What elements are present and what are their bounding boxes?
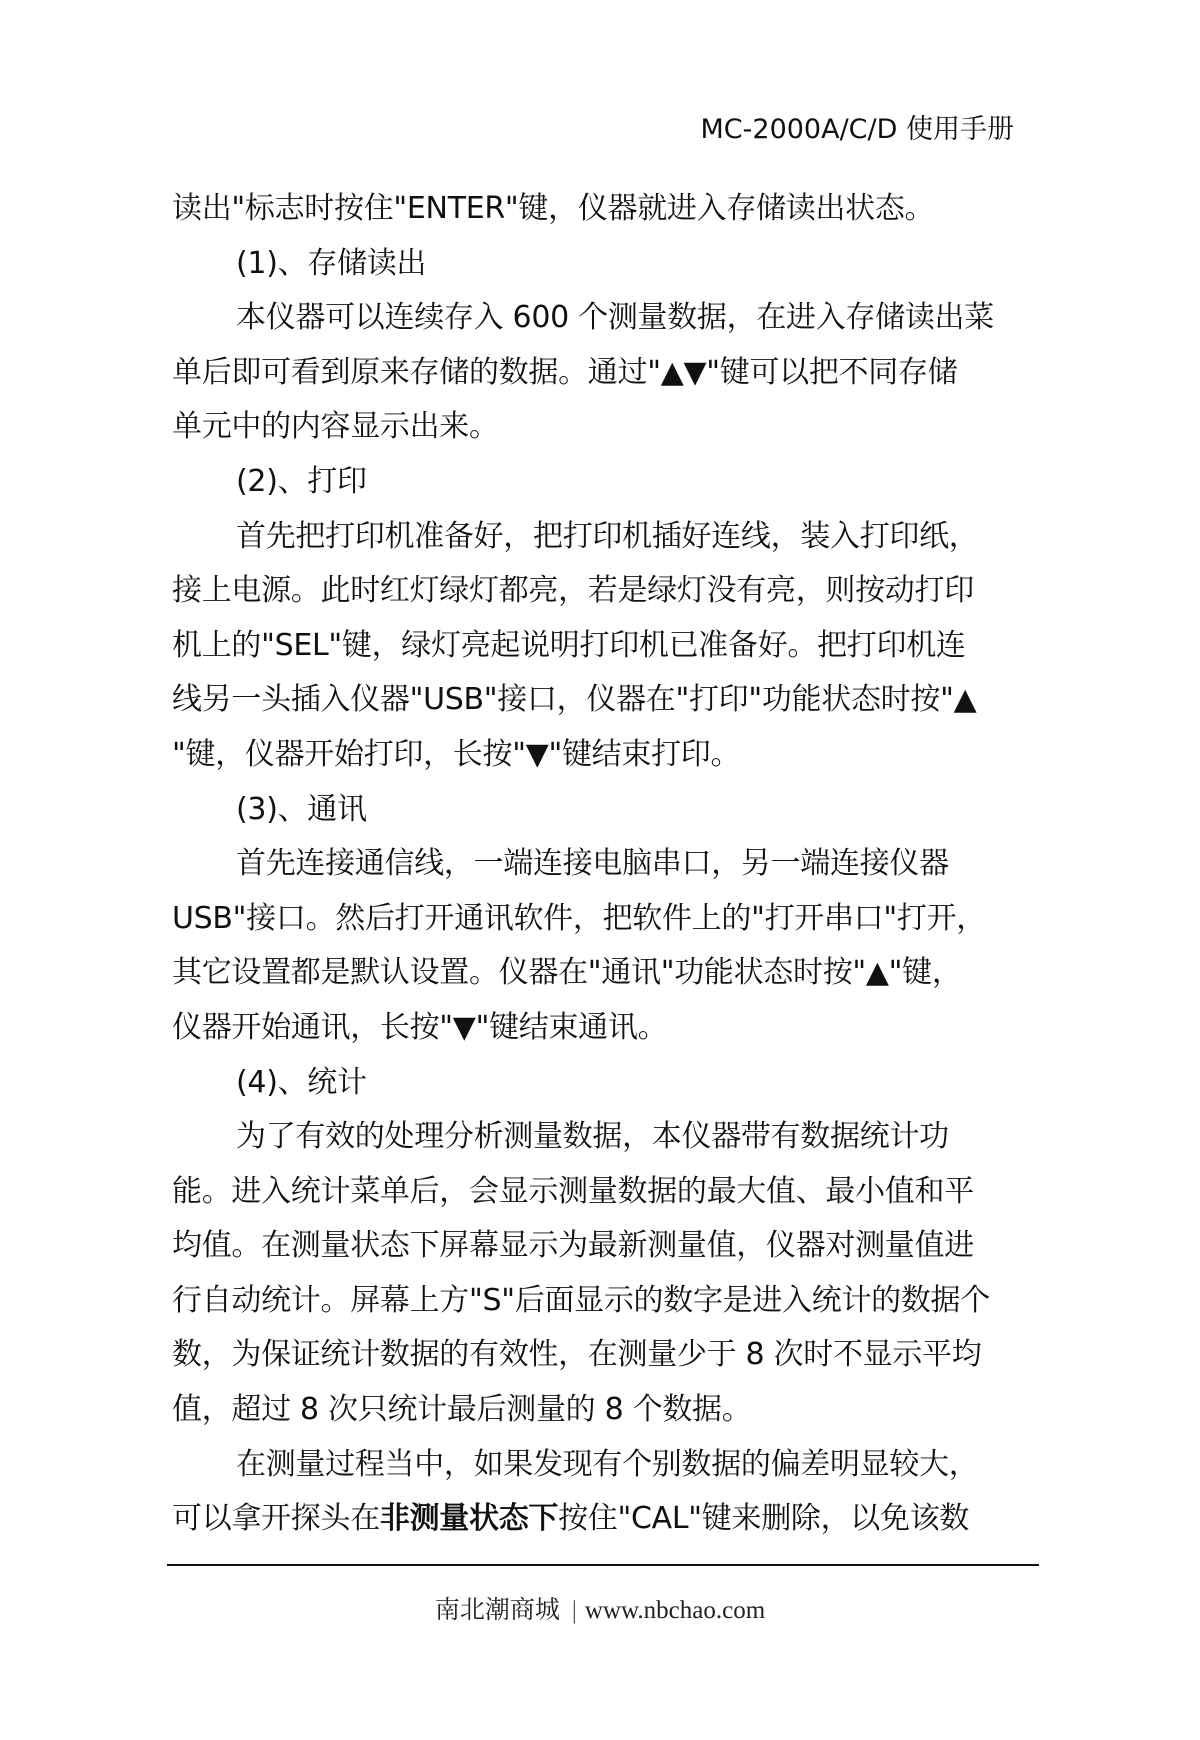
text-line: 行自动统计。屏幕上方"S"后面显示的数字是进入统计的数据个 [172,1274,1032,1329]
text-line: 均值。在测量状态下屏幕显示为最新测量值，仪器对测量值进 [172,1219,1032,1274]
text-line: 线另一头插入仪器"USB"接口，仪器在"打印"功能状态时按"▲ [172,673,1032,728]
text-line: 在测量过程当中，如果发现有个别数据的偏差明显较大， [172,1438,1032,1493]
text-line: 能。进入统计菜单后，会显示测量数据的最大值、最小值和平 [172,1165,1032,1220]
bold-emphasis: 非测量状态下 [380,1501,558,1536]
text-line: 单后即可看到原来存储的数据。通过"▲▼"键可以把不同存储 [172,346,1032,401]
section-heading-storage-readout: (1)、存储读出 [172,237,1032,292]
footer-url: www.nbchao.com [585,1597,765,1624]
text-line: USB"接口。然后打开通讯软件，把软件上的"打开串口"打开， [172,892,1032,947]
text-line: 读出"标志时按住"ENTER"键，仪器就进入存储读出状态。 [172,182,1032,237]
section-heading-print: (2)、打印 [172,455,1032,510]
section-heading-communication: (3)、通讯 [172,783,1032,838]
page-header-title: MC-2000A/C/D 使用手册 [701,112,1015,148]
text-line: 数，为保证统计数据的有效性，在测量少于 8 次时不显示平均 [172,1328,1032,1383]
manual-body: 读出"标志时按住"ENTER"键，仪器就进入存储读出状态。 (1)、存储读出 本… [172,182,1032,1547]
text-line: 首先连接通信线，一端连接电脑串口，另一端连接仪器 [172,837,1032,892]
text-line: 其它设置都是默认设置。仪器在"通讯"功能状态时按"▲"键， [172,946,1032,1001]
text-segment: 可以拿开探头在 [172,1501,380,1536]
text-line: 首先把打印机准备好，把打印机插好连线，装入打印纸， [172,510,1032,565]
footer-site-name: 南北潮商城 [435,1597,560,1624]
text-line: 仪器开始通讯，长按"▼"键结束通讯。 [172,1001,1032,1056]
text-line: "键，仪器开始打印，长按"▼"键结束打印。 [172,728,1032,783]
text-line-with-bold: 可以拿开探头在非测量状态下按住"CAL"键来删除，以免该数 [172,1492,1032,1547]
text-line: 单元中的内容显示出来。 [172,400,1032,455]
text-segment: 按住"CAL"键来删除，以免该数 [558,1501,969,1536]
page-footer: 南北潮商城|www.nbchao.com [0,1594,1200,1628]
text-line: 接上电源。此时红灯绿灯都亮，若是绿灯没有亮，则按动打印 [172,564,1032,619]
text-line: 值，超过 8 次只统计最后测量的 8 个数据。 [172,1383,1032,1438]
text-line: 机上的"SEL"键，绿灯亮起说明打印机已准备好。把打印机连 [172,619,1032,674]
section-heading-statistics: (4)、统计 [172,1056,1032,1111]
text-line: 本仪器可以连续存入 600 个测量数据，在进入存储读出菜 [172,291,1032,346]
footer-divider [167,1564,1039,1566]
text-line: 为了有效的处理分析测量数据，本仪器带有数据统计功 [172,1110,1032,1165]
footer-separator: | [572,1594,577,1628]
